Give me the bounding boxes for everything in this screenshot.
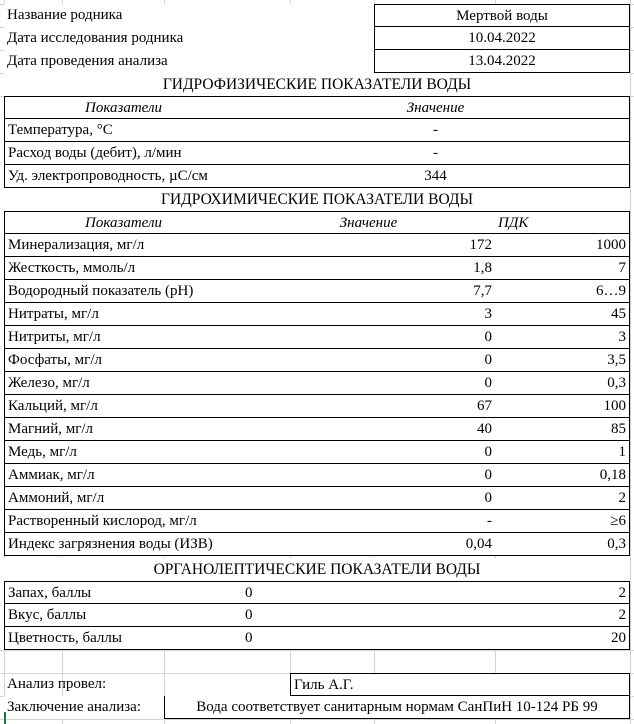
indicator-name[interactable]: Вкус, баллы [4,604,243,627]
study-date-value[interactable]: 10.04.2022 [374,27,630,50]
hydrochemical-header-row: Показатели Значение ПДК [4,211,630,234]
table-row: Вкус, баллы02 [4,604,630,627]
hydrochemical-title-row: ГИДРОХИМИЧЕСКИЕ ПОКАЗАТЕЛИ ВОДЫ [4,188,630,211]
sheet-edge-marker [4,712,6,724]
indicator-value[interactable]: 0 [242,349,496,372]
indicator-name[interactable]: Минерализация, мг/л [4,234,243,257]
indicator-limit[interactable]: 2 [495,487,630,510]
table-row: Фосфаты, мг/л03,5 [4,349,630,372]
hydrophysical-title[interactable]: ГИДРОФИЗИЧЕСКИЕ ПОКАЗАТЕЛИ ВОДЫ [4,73,630,96]
indicator-value[interactable]: 0 [242,372,496,395]
indicator-name[interactable]: Магний, мг/л [4,418,243,441]
info-row-analysis-date: Дата проведения анализа 13.04.2022 [4,50,630,73]
indicator-value[interactable]: 0 [242,604,496,627]
indicator-name[interactable]: Кальций, мг/л [4,395,243,418]
spring-name-label[interactable]: Название родника [4,4,374,27]
analyst-row: Анализ провел: Гиль А.Г. [4,673,630,696]
indicator-limit[interactable]: 0,3 [495,372,630,395]
analyst-value[interactable]: Гиль А.Г. [290,673,630,696]
table-row: Жесткость, ммоль/л1,87 [4,257,630,280]
hydrochemical-col-indicator[interactable]: Показатели [4,211,243,234]
hydrophysical-col-indicator[interactable]: Показатели [4,96,243,119]
hydrochemical-col-value[interactable]: Значение [242,211,496,234]
table-row: Нитриты, мг/л03 [4,326,630,349]
analysis-date-value[interactable]: 13.04.2022 [374,50,630,73]
indicator-limit[interactable]: 85 [495,418,630,441]
table-row: Водородный показатель (pH)7,76…9 [4,280,630,303]
table-row: Магний, мг/л4085 [4,418,630,441]
table-row: Запах, баллы02 [4,581,630,604]
indicator-name[interactable]: Железо, мг/л [4,372,243,395]
table-row: Уд. электропроводность, µС/см344 [4,165,630,188]
analysis-date-label[interactable]: Дата проведения анализа [4,50,374,73]
conclusion-value[interactable]: Вода соответствует санитарным нормам Сан… [164,696,630,719]
table-row: Кальций, мг/л67100 [4,395,630,418]
table-row: Температура, °С- [4,119,630,142]
analyst-label[interactable]: Анализ провел: [4,673,164,696]
indicator-name[interactable]: Аммиак, мг/л [4,464,243,487]
indicator-limit[interactable]: 100 [495,395,630,418]
indicator-name[interactable]: Расход воды (дебит), л/мин [4,142,243,165]
organoleptic-title-row: ОРГАНОЛЕПТИЧЕСКИЕ ПОКАЗАТЕЛИ ВОДЫ [4,558,630,581]
indicator-value[interactable]: 0 [242,464,496,487]
indicator-limit[interactable]: 2 [495,581,630,604]
indicator-name[interactable]: Индекс загрязнения воды (ИЗВ) [4,533,243,556]
indicator-limit[interactable]: 45 [495,303,630,326]
indicator-limit[interactable]: 0,3 [495,533,630,556]
indicator-value[interactable]: 0,04 [242,533,496,556]
table-row: Минерализация, мг/л1721000 [4,234,630,257]
indicator-name[interactable]: Цветность, баллы [4,627,243,650]
indicator-value[interactable]: 3 [242,303,496,326]
indicator-value[interactable]: - [242,119,630,142]
table-row: Расход воды (дебит), л/мин- [4,142,630,165]
table-row: Нитраты, мг/л345 [4,303,630,326]
indicator-limit[interactable]: 1 [495,441,630,464]
indicator-value[interactable]: 0 [242,326,496,349]
indicator-limit[interactable]: 7 [495,257,630,280]
indicator-value[interactable]: 0 [242,581,496,604]
indicator-limit[interactable]: 3 [495,326,630,349]
organoleptic-title[interactable]: ОРГАНОЛЕПТИЧЕСКИЕ ПОКАЗАТЕЛИ ВОДЫ [4,558,630,581]
spreadsheet: Название родника Мертвой воды Дата иссле… [0,0,634,724]
indicator-name[interactable]: Нитриты, мг/л [4,326,243,349]
indicator-value[interactable]: - [242,142,630,165]
table-row: Медь, мг/л01 [4,441,630,464]
table-row: Растворенный кислород, мг/л-≥6 [4,510,630,533]
conclusion-row: Заключение анализа: Вода соответствует с… [4,696,630,719]
indicator-value[interactable]: 7,7 [242,280,496,303]
hydrochemical-col-limit[interactable]: ПДК [495,211,630,234]
indicator-name[interactable]: Уд. электропроводность, µС/см [4,165,243,188]
indicator-limit[interactable]: 2 [495,604,630,627]
indicator-limit[interactable]: 6…9 [495,280,630,303]
hydrophysical-col-value[interactable]: Значение [242,96,630,119]
info-row-study-date: Дата исследования родника 10.04.2022 [4,27,630,50]
indicator-name[interactable]: Медь, мг/л [4,441,243,464]
table-row: Индекс загрязнения воды (ИЗВ)0,040,3 [4,533,630,556]
hydrophysical-title-row: ГИДРОФИЗИЧЕСКИЕ ПОКАЗАТЕЛИ ВОДЫ [4,73,630,96]
indicator-value[interactable]: - [242,510,496,533]
indicator-name[interactable]: Водородный показатель (pH) [4,280,243,303]
conclusion-label[interactable]: Заключение анализа: [4,696,164,719]
table-row: Аммоний, мг/л02 [4,487,630,510]
indicator-name[interactable]: Фосфаты, мг/л [4,349,243,372]
indicator-limit[interactable]: 1000 [495,234,630,257]
indicator-name[interactable]: Аммоний, мг/л [4,487,243,510]
indicator-value[interactable]: 1,8 [242,257,496,280]
indicator-name[interactable]: Запах, баллы [4,581,243,604]
indicator-limit[interactable]: 3,5 [495,349,630,372]
indicator-value[interactable]: 344 [242,165,630,188]
indicator-value[interactable]: 0 [242,441,496,464]
indicator-limit[interactable]: 0,18 [495,464,630,487]
indicator-value[interactable]: 67 [242,395,496,418]
table-row: Железо, мг/л00,3 [4,372,630,395]
hydrophysical-header-row: Показатели Значение [4,96,630,119]
indicator-value[interactable]: 0 [242,487,496,510]
indicator-limit[interactable]: 20 [495,627,630,650]
indicator-name[interactable]: Нитраты, мг/л [4,303,243,326]
indicator-value[interactable]: 0 [242,627,496,650]
indicator-value[interactable]: 172 [242,234,496,257]
indicator-name[interactable]: Температура, °С [4,119,243,142]
study-date-label[interactable]: Дата исследования родника [4,27,374,50]
indicator-limit[interactable]: ≥6 [495,510,630,533]
spring-name-value[interactable]: Мертвой воды [374,4,630,27]
info-row-spring-name: Название родника Мертвой воды [4,4,630,27]
indicator-name[interactable]: Растворенный кислород, мг/л [4,510,243,533]
table-row: Цветность, баллы020 [4,627,630,650]
table-row: Аммиак, мг/л00,18 [4,464,630,487]
indicator-value[interactable]: 40 [242,418,496,441]
indicator-name[interactable]: Жесткость, ммоль/л [4,257,243,280]
hydrochemical-title[interactable]: ГИДРОХИМИЧЕСКИЕ ПОКАЗАТЕЛИ ВОДЫ [4,188,630,211]
